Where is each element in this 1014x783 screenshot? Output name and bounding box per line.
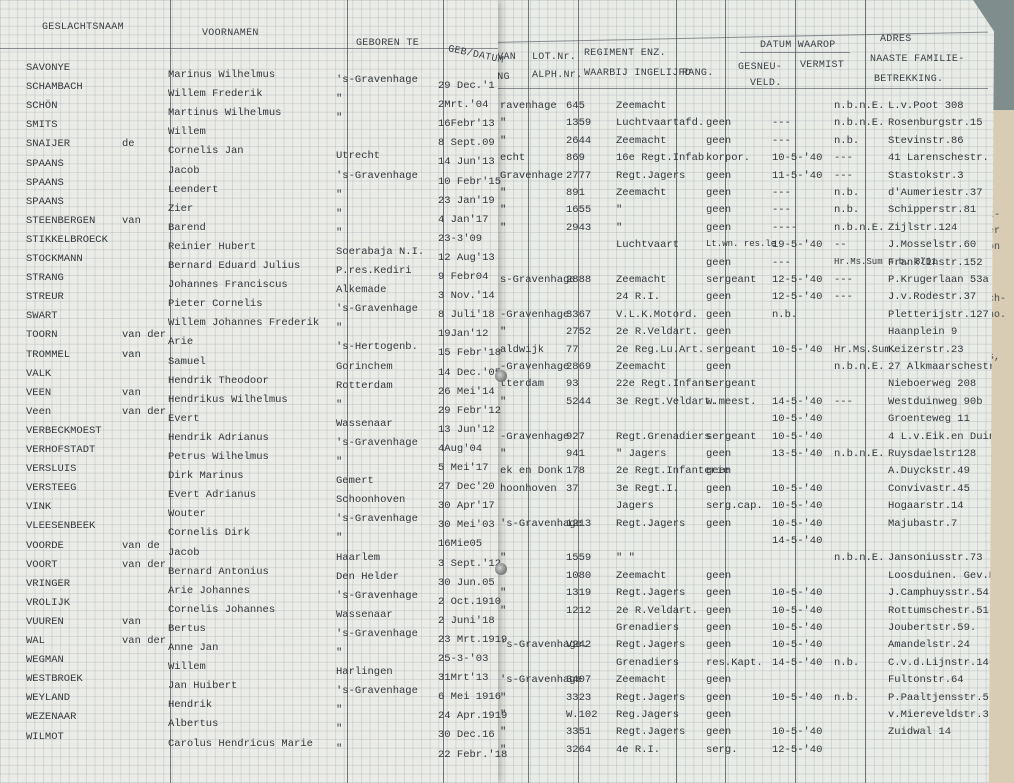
enlistment-place: s-Gravenhage — [500, 274, 576, 286]
regiment: " — [616, 204, 622, 216]
rank: geen — [706, 187, 731, 199]
date-missing: --- — [834, 291, 853, 303]
date-killed: 10-5-'40 — [772, 344, 822, 356]
table-row: 14-5-'40 — [470, 535, 994, 553]
table-row: -Gravenhage2869Zeemachtgeenn.b.n.E.27 Al… — [470, 361, 994, 379]
rank: geen — [706, 135, 731, 147]
table-row: Veenvan derEvertWassenaar13 Jun'12 — [0, 406, 498, 424]
next-of-kin-address: Fultonstr.64 — [888, 674, 964, 686]
name-prefix: van — [122, 616, 141, 628]
table-row: aldwijk772e Reg.Lu.Art.sergeant10-5-'40H… — [470, 344, 994, 362]
rank: serg. — [706, 744, 738, 756]
surname: SPAANS — [26, 196, 64, 208]
name-prefix: van — [122, 349, 141, 361]
enlistment-place: " — [500, 326, 506, 338]
table-row: echt86916e Regt.Infab.korpor.10-5-'40---… — [470, 152, 994, 170]
table-row: Grenadiersres.Kapt.14-5-'40n.b.C.v.d.Lij… — [470, 657, 994, 675]
table-row: "2943"geen----n.b.n.E.Zijlstr.124 — [470, 222, 994, 240]
surname: VERSTEEG — [26, 482, 76, 494]
date-missing: n.b. — [834, 657, 859, 669]
regiment: Regt.Jagers — [616, 170, 685, 182]
enlistment-place: ravenhage — [500, 100, 557, 112]
next-of-kin-address: Zijlstr.124 — [888, 222, 957, 234]
table-row: VROLIJKCornelis JohannesWassenaar2 Juni'… — [0, 597, 498, 615]
rank: geen — [706, 309, 731, 321]
next-of-kin-address: Zuidwal 14 — [888, 726, 951, 738]
date-killed: 12-5-'40 — [772, 291, 822, 303]
enlistment-place: -Gravenhage — [500, 309, 569, 321]
regiment: Regt.Jagers — [616, 639, 685, 651]
first-names: Anne Jan — [168, 642, 218, 654]
surname: STIKKELBROECK — [26, 234, 108, 246]
regiment: Zeemacht — [616, 570, 666, 582]
rank: geen — [706, 587, 731, 599]
next-of-kin-address: Pletterijstr.127 — [888, 309, 989, 321]
table-row: VLEESENBEEKCornelis Dirk"16Mie05 — [0, 520, 498, 538]
table-row: SPAANSJacob's-Gravenhage10 Febr'15 — [0, 158, 498, 176]
enlistment-place: ek en Donk — [500, 465, 563, 477]
header-rank: RANG. — [682, 68, 714, 79]
next-of-kin-address: Nieboerweg 208 — [888, 378, 976, 390]
lot-number: 2777 — [566, 170, 591, 182]
date-killed: 10-5-'40 — [772, 639, 822, 651]
rank: geen — [706, 726, 731, 738]
surname: WESTBROEK — [26, 673, 83, 685]
rank: geen — [706, 291, 731, 303]
next-of-kin-address: J.Mosselstr.60 — [888, 239, 976, 251]
surname: SMITS — [26, 119, 58, 131]
table-row: STOCKMANNBernard Eduard JuliusP.res.Kedi… — [0, 253, 498, 271]
surname: VERBECKMOEST — [26, 425, 102, 437]
born-in: " — [336, 743, 342, 755]
rank: sergeant — [706, 344, 756, 356]
regiment: Jagers — [616, 500, 654, 512]
header-lot-number: LOT.Nr. — [532, 52, 576, 63]
first-names: Johannes Franciscus — [168, 279, 288, 291]
table-row: TOORNvan derArie's-Hertogenb.15 Febr'18 — [0, 329, 498, 347]
rank: geen — [706, 674, 731, 686]
next-of-kin-address: J.v.Rodestr.37 — [888, 291, 976, 303]
regiment: Grenadiers — [616, 657, 679, 669]
table-row: Jagersserg.cap.10-5-'40Hogaarstr.14 — [470, 500, 994, 518]
first-names: Pieter Cornelis — [168, 298, 263, 310]
header-address: NAASTE FAMILIE- — [870, 54, 965, 65]
header-address: BETREKKING. — [874, 74, 943, 85]
lot-number: 2644 — [566, 135, 591, 147]
rank: geen — [706, 170, 731, 182]
rank: geen — [706, 222, 731, 234]
lot-number: 1319 — [566, 587, 591, 599]
header-regiment: WAARBIJ INGELIJFD — [584, 68, 691, 79]
next-of-kin-address: Haanplein 9 — [888, 326, 957, 338]
table-row: 's-Gravenhage1213Regt.Jagersgeen10-5-'40… — [470, 518, 994, 536]
header-surname: GESLACHTSNAAM — [42, 22, 124, 33]
surname: VEEN — [26, 387, 51, 399]
next-of-kin-address: 41 Larenschestr. — [888, 152, 989, 164]
header-born-in: GEBOREN TE — [356, 38, 419, 49]
header-missing: VERMIST — [800, 60, 844, 71]
lot-number: 3264 — [566, 744, 591, 756]
header-address: ADRES — [880, 34, 912, 45]
date-killed: 10-5-'40 — [772, 605, 822, 617]
surname: STOCKMANN — [26, 253, 83, 265]
regiment: Reg.Jagers — [616, 709, 679, 721]
date-missing: n.b.n.E. — [834, 448, 884, 460]
regiment: Regt.Jagers — [616, 587, 685, 599]
rank: geen — [706, 448, 731, 460]
table-row: VINKWouter's-Gravenhage30 Mei'03 — [0, 501, 498, 519]
next-of-kin-address: Majubastr.7 — [888, 518, 957, 530]
table-row: "12122e R.Veldart.geen10-5-'40Rottumsche… — [470, 605, 994, 623]
surname: VRINGER — [26, 578, 70, 590]
first-names: Bernard Eduard Julius — [168, 260, 300, 272]
table-row: TROMMELvanSamuelGorinchem14 Dec.'05 — [0, 349, 498, 367]
regiment: Zeemacht — [616, 361, 666, 373]
table-row: "W.102Reg.Jagersgeenv.Miereveldstr.30 — [470, 709, 994, 727]
birth-date: 22 Febr.'18 — [438, 749, 507, 761]
surname: STRANG — [26, 272, 64, 284]
table-row: WEYLANDHendrik"24 Apr.1919 — [0, 692, 498, 710]
date-killed: 10-5-'40 — [772, 726, 822, 738]
rank: geen — [706, 361, 731, 373]
lot-number: 3323 — [566, 692, 591, 704]
regiment: Grenadiers — [616, 622, 679, 634]
table-row: "1319Regt.Jagersgeen10-5-'40J.Camphuysst… — [470, 587, 994, 605]
enlistment-place: " — [500, 726, 506, 738]
lot-number: V242 — [566, 639, 591, 651]
table-row: s-Gravenhage2888Zeemachtsergeant12-5-'40… — [470, 274, 994, 292]
first-names: Evert Adrianus — [168, 489, 256, 501]
enlistment-place: aldwijk — [500, 344, 544, 356]
date-missing: -- — [834, 239, 847, 251]
regiment: Regt.Jagers — [616, 692, 685, 704]
lot-number: 1359 — [566, 117, 591, 129]
table-row: 's-Gravenhage.V242Regt.Jagersgeen10-5-'4… — [470, 639, 994, 657]
surname: WILMOT — [26, 731, 64, 743]
enlistment-place: " — [500, 117, 506, 129]
header-rule — [0, 48, 498, 49]
regiment: " — [616, 222, 622, 234]
lot-number: 2752 — [566, 326, 591, 338]
name-prefix: van — [122, 387, 141, 399]
rank: geen — [706, 622, 731, 634]
enlistment-place: hoonhoven — [500, 483, 557, 495]
surname: VALK — [26, 368, 51, 380]
next-of-kin-address: J.Camphuysstr.54 — [888, 587, 989, 599]
rank: geen — [706, 257, 731, 269]
table-row: VEENvanHendrikus Wilhelmus"29 Febr'12 — [0, 387, 498, 405]
next-of-kin-address: Stevinstr.86 — [888, 135, 964, 147]
regiment: Zeemacht — [616, 100, 666, 112]
surname: TOORN — [26, 329, 58, 341]
surname: STREUR — [26, 291, 64, 303]
first-names: Cornelis Jan — [168, 145, 244, 157]
rank: korpor. — [706, 152, 750, 164]
regiment: Zeemacht — [616, 674, 666, 686]
first-names: Dirk Marinus — [168, 470, 244, 482]
surname: WEZENAAR — [26, 711, 76, 723]
table-row: WEZENAARAlbertus"30 Dec.16 — [0, 711, 498, 729]
next-of-kin-address: Joubertstr.59. — [888, 622, 976, 634]
lot-number: 1213 — [566, 518, 591, 530]
first-names: Willem — [168, 126, 206, 138]
table-row: tterdam9322e Regt.Infant.sergeantNieboer… — [470, 378, 994, 396]
lot-number: 1655 — [566, 204, 591, 216]
date-killed: 14-5-'40 — [772, 657, 822, 669]
table-row: -Gravenhage927Regt.Grenadierssergeant10-… — [470, 431, 994, 449]
date-missing: --- — [834, 152, 853, 164]
header-first-names: VOORNAMEN — [202, 28, 259, 39]
table-row: hoonhoven373e Regt.I.geen10-5-'40Conviva… — [470, 483, 994, 501]
name-prefix: van der — [122, 406, 166, 418]
first-names: Hendrik — [168, 699, 212, 711]
next-of-kin-address: v.Miereveldstr.30 — [888, 709, 995, 721]
regiment: " " — [616, 552, 635, 564]
table-row: "1559" "n.b.n.E.Jansoniusstr.73 — [470, 552, 994, 570]
first-names: Hendrikus Wilhelmus — [168, 394, 288, 406]
regiment: Regt.Jagers — [616, 726, 685, 738]
table-row: SPAANSZier"4 Jan'17 — [0, 196, 498, 214]
first-names: Willem Frederik — [168, 88, 263, 100]
table-row: "891Zeemachtgeen---n.b.d'Aumeriestr.37 — [470, 187, 994, 205]
table-row: VERSTEEGEvert AdrianusSchoonhoven30 Apr'… — [0, 482, 498, 500]
regiment: 3e Regt.I. — [616, 483, 679, 495]
first-names: Martinus Wilhelmus — [168, 107, 281, 119]
rank: geen — [706, 204, 731, 216]
first-names: Carolus Hendricus Marie — [168, 738, 313, 750]
date-missing: n.b. — [834, 692, 859, 704]
table-row: SPAANSLeendert"23 Jan'19 — [0, 177, 498, 195]
first-names: Bernard Antonius — [168, 566, 269, 578]
enlistment-place: -Gravenhage — [500, 431, 569, 443]
next-of-kin-address: Hogaarstr.14 — [888, 500, 964, 512]
lot-number: 2888 — [566, 274, 591, 286]
lot-number: 178 — [566, 465, 585, 477]
surname: SPAANS — [26, 158, 64, 170]
lot-number: 93 — [566, 378, 579, 390]
table-row: SCHAMBACHWillem Frederik"2Mrt.'04 — [0, 81, 498, 99]
regiment: Zeemacht — [616, 187, 666, 199]
table-row: STEENBERGENvanBarend"23-3'09 — [0, 215, 498, 233]
first-names: Hendrik Theodoor — [168, 375, 269, 387]
left-register-sheet: GESLACHTSNAAM VOORNAMEN GEBOREN TE GEB/D… — [0, 0, 498, 783]
rank: geen — [706, 483, 731, 495]
lot-number: 3407 — [566, 674, 591, 686]
surname: VLEESENBEEK — [26, 520, 95, 532]
regiment: V.L.K.Motord. — [616, 309, 698, 321]
header-regiment: REGIMENT ENZ. — [584, 48, 666, 59]
table-row: "2644Zeemachtgeen---n.b.Stevinstr.86 — [470, 135, 994, 153]
date-killed: 10-5-'40 — [772, 692, 822, 704]
rank: geen — [706, 570, 731, 582]
date-killed: 14-5-'40 — [772, 396, 822, 408]
name-prefix: van der — [122, 329, 166, 341]
first-names: Jacob — [168, 547, 200, 559]
date-missing: n.b.n.E. — [834, 361, 884, 373]
table-row: "1655"geen---n.b.Schipperstr.81 — [470, 204, 994, 222]
next-of-kin-address: Franklinstr.152 — [888, 257, 983, 269]
name-prefix: van der — [122, 559, 166, 571]
table-row: 24 R.I.geen12-5-'40---J.v.Rodestr.37 — [470, 291, 994, 309]
header-rule — [470, 88, 988, 89]
table-row: 's-Gravenhage3407ZeemachtgeenFultonstr.6… — [470, 674, 994, 692]
date-missing: n.b.n.E. — [834, 100, 884, 112]
rank: sergeant — [706, 378, 756, 390]
rank: w.meest. — [706, 396, 756, 408]
name-prefix: van — [122, 215, 141, 227]
surname: WEYLAND — [26, 692, 70, 704]
date-killed: 10-5-'40 — [772, 431, 822, 443]
date-killed: 19-5-'40 — [772, 239, 822, 251]
date-killed: 12-5-'40 — [772, 744, 822, 756]
rank: sergeant — [706, 274, 756, 286]
next-of-kin-address: 4 L.v.Eik.en Duin — [888, 431, 995, 443]
lot-number: 1212 — [566, 605, 591, 617]
next-of-kin-address: Westduinweg 90b — [888, 396, 983, 408]
surname: VROLIJK — [26, 597, 70, 609]
enlistment-place: tterdam — [500, 378, 544, 390]
first-names: Cornelis Johannes — [168, 604, 275, 616]
enlistment-place: -Gravenhage — [500, 361, 569, 373]
table-row: VERBECKMOESTHendrik Adrianus's-Gravenhag… — [0, 425, 498, 443]
rank: geen — [706, 465, 731, 477]
next-of-kin-address: P.Paaltjensstr.50 — [888, 692, 995, 704]
table-row: LuchtvaartLt.wn. res.le19-5-'40--J.Mosse… — [470, 239, 994, 257]
rank: geen — [706, 605, 731, 617]
next-of-kin-address: Schipperstr.81 — [888, 204, 976, 216]
header-killed: VELD. — [750, 78, 782, 89]
regiment: 22e Regt.Infant. — [616, 378, 717, 390]
date-killed: 11-5-'40 — [772, 170, 822, 182]
rank: geen — [706, 639, 731, 651]
staple — [495, 563, 507, 575]
lot-number: 645 — [566, 100, 585, 112]
surname: VINK — [26, 501, 51, 513]
regiment: " Jagers — [616, 448, 666, 460]
lot-number: 5244 — [566, 396, 591, 408]
rank: geen — [706, 709, 731, 721]
date-killed: 10-5-'40 — [772, 483, 822, 495]
table-row: VOORTvan derBernard AntoniusDen Helder30… — [0, 559, 498, 577]
next-of-kin-address: Jansoniusstr.73 — [888, 552, 983, 564]
table-row: WILMOTCarolus Hendricus Marie"22 Febr.'1… — [0, 731, 498, 749]
date-missing: --- — [834, 170, 853, 182]
table-row: STIKKELBROECKReinier HubertSoerabaja N.I… — [0, 234, 498, 252]
date-killed: --- — [772, 187, 791, 199]
regiment: 3e Regt.Veldart. — [616, 396, 717, 408]
next-of-kin-address: P.Krugerlaan 53a — [888, 274, 989, 286]
name-prefix: van de — [122, 540, 160, 552]
table-row: "3351Regt.Jagersgeen10-5-'40Zuidwal 14 — [470, 726, 994, 744]
first-names: Wouter — [168, 508, 206, 520]
table-row: ek en Donk1782e Regt.InfanteriegeenA.Duy… — [470, 465, 994, 483]
date-killed: --- — [772, 204, 791, 216]
table-row: "52443e Regt.Veldart.w.meest.14-5-'40---… — [470, 396, 994, 414]
enlistment-place: echt — [500, 152, 525, 164]
rank: geen — [706, 518, 731, 530]
first-names: Willem — [168, 661, 206, 673]
regiment: 16e Regt.Infab. — [616, 152, 711, 164]
table-row: WESTBROEKJan Huibert's-Gravenhage6 Mei 1… — [0, 673, 498, 691]
enlistment-place: " — [500, 204, 506, 216]
table-row: ravenhage645Zeemachtn.b.n.E.L.v.Poot 308 — [470, 100, 994, 118]
lot-number: 891 — [566, 187, 585, 199]
enlistment-place: Gravenhage — [500, 170, 563, 182]
first-names: Albertus — [168, 718, 218, 730]
lot-number: 927 — [566, 431, 585, 443]
first-names: Samuel — [168, 356, 206, 368]
date-missing: --- — [834, 396, 853, 408]
table-row: "941" Jagersgeen13-5-'40n.b.n.E.Ruysdael… — [470, 448, 994, 466]
date-killed: ---- — [772, 222, 797, 234]
first-names: Jan Huibert — [168, 680, 237, 692]
next-of-kin-address: Stastokstr.3 — [888, 170, 964, 182]
date-killed: --- — [772, 257, 791, 269]
rank: geen — [706, 117, 731, 129]
date-killed: n.b. — [772, 309, 797, 321]
surname: VOORDE — [26, 540, 64, 552]
first-names: Leendert — [168, 184, 218, 196]
rank: Lt.wn. res.le — [706, 239, 776, 249]
next-of-kin-address: 27 Alkmaarschestr. — [888, 361, 1001, 373]
table-row: Gravenhage2777Regt.Jagersgeen11-5-'40---… — [470, 170, 994, 188]
table-row: SMITSWillem8 Sept.09 — [0, 119, 498, 137]
next-of-kin-address: Amandelstr.24 — [888, 639, 970, 651]
enlistment-place: " — [500, 187, 506, 199]
enlistment-place: " — [500, 222, 506, 234]
table-row: VRINGERArie Johannes's-Gravenhage2 Oct.1… — [0, 578, 498, 596]
rank: res.Kapt. — [706, 657, 763, 669]
first-names: Reinier Hubert — [168, 241, 256, 253]
regiment: 2e R.Veldart. — [616, 326, 698, 338]
next-of-kin-address: d'Aumeriestr.37 — [888, 187, 983, 199]
rank: geen — [706, 326, 731, 338]
table-row: STRANGJohannes FranciscusAlkemade3 Nov.'… — [0, 272, 498, 290]
header-datum-waarop: DATUM WAAROP — [760, 40, 836, 51]
surname: SNAIJER — [26, 138, 70, 150]
next-of-kin-address: Groenteweg 11 — [888, 413, 970, 425]
date-missing: n.b.n.E. — [834, 117, 884, 129]
table-row: WALvan derAnne Jan"25-3-'03 — [0, 635, 498, 653]
surname: SWART — [26, 310, 58, 322]
enlistment-place: " — [500, 135, 506, 147]
date-killed: 10-5-'40 — [772, 500, 822, 512]
surname: Veen — [26, 406, 51, 418]
first-names: Hendrik Adrianus — [168, 432, 269, 444]
lot-number: 3367 — [566, 309, 591, 321]
next-of-kin-address: A.Duyckstr.49 — [888, 465, 970, 477]
surname: SAVONYE — [26, 62, 70, 74]
surname: VOORT — [26, 559, 58, 571]
table-row: "32644e R.I.serg.12-5-'40 — [470, 744, 994, 762]
rank: geen — [706, 692, 731, 704]
staple — [495, 370, 507, 382]
rank: serg.cap. — [706, 500, 763, 512]
header-killed: GESNEU- — [738, 62, 782, 73]
table-row: STREURPieter Cornelis's-Gravenhage8 Juli… — [0, 291, 498, 309]
next-of-kin-address: Rottumschestr.51 — [888, 605, 989, 617]
lot-number: 1559 — [566, 552, 591, 564]
table-row: VALKHendrik TheodoorRotterdam26 Mei'14 — [0, 368, 498, 386]
first-names: Jacob — [168, 165, 200, 177]
lot-number: 2869 — [566, 361, 591, 373]
name-prefix: de — [122, 138, 135, 150]
next-of-kin-address: Convivastr.45 — [888, 483, 970, 495]
surname: VERSLUIS — [26, 463, 76, 475]
table-row: "1080ZeemachtgeenLoosduinen. Gev.Deynoot… — [470, 570, 994, 588]
header-lot-number: ALPH.Nr. — [532, 70, 582, 81]
lot-number: 37 — [566, 483, 579, 495]
